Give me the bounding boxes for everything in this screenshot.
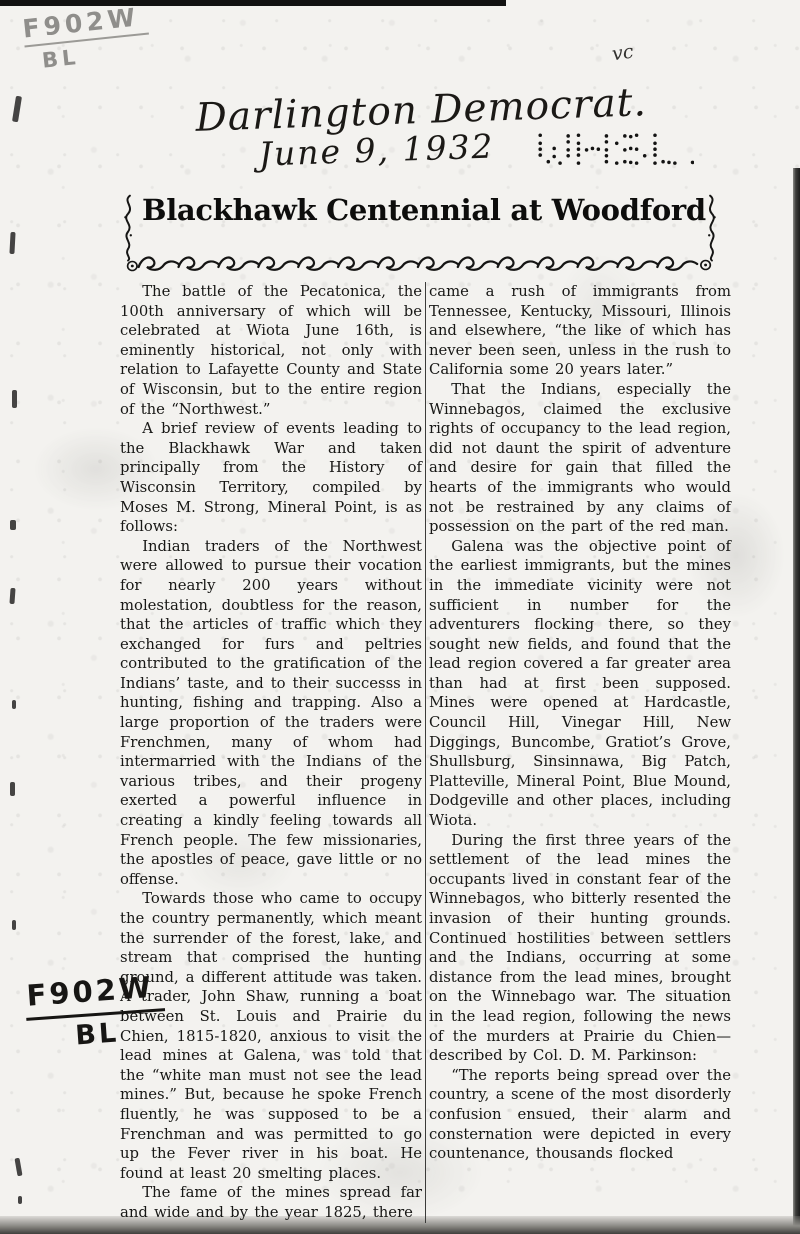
paragraph: “The reports being spread over the count… [429,1066,731,1164]
headline-box: Blackhawk Centennial at Woodford [118,186,722,274]
scan-edge-right [793,168,800,1234]
ink-speck [9,588,15,604]
handwritten-margin-mark: vc [611,41,635,66]
article-body: The battle of the Pecatonica, the 100th … [120,282,736,1223]
paragraph: Indian traders of the Northwest were all… [120,537,422,890]
paragraph: came a rush of immigrants from Tennessee… [429,282,731,380]
article-headline: Blackhawk Centennial at Woodford [142,192,698,228]
ink-speck [18,1196,22,1204]
paragraph: A brief review of events leading to the … [120,419,422,537]
scanned-newspaper-page: F902W BL Darlington Democrat. June 9, 19… [0,0,800,1234]
archive-code-side-line1: F902W [24,969,166,1021]
scroll-ornament-bottom-icon [126,254,714,274]
archive-code-side: F902W BL [24,969,168,1055]
ink-speck [12,390,17,408]
scan-edge-top [0,0,506,6]
column-divider [425,282,426,1223]
paragraph: The battle of the Pecatonica, the 100th … [120,282,422,419]
ink-speck [14,1158,22,1177]
perforation-stamp-icon [538,133,694,181]
paragraph: The fame of the mines spread far and wid… [120,1183,422,1222]
paragraph: Galena was the objective point of the ea… [429,537,731,831]
ink-speck [12,96,22,123]
ink-speck [10,520,16,530]
ink-speck [12,920,16,930]
ink-speck [9,232,15,254]
paragraph: During the first three years of the sett… [429,831,731,1066]
paragraph: That the Indians, especially the Winneba… [429,380,731,537]
ink-speck [12,700,16,709]
article-column-left: The battle of the Pecatonica, the 100th … [120,282,422,1223]
ink-speck [10,782,15,796]
archive-code-top: F902W BL [21,2,151,75]
article-column-right: came a rush of immigrants from Tennessee… [429,282,731,1223]
